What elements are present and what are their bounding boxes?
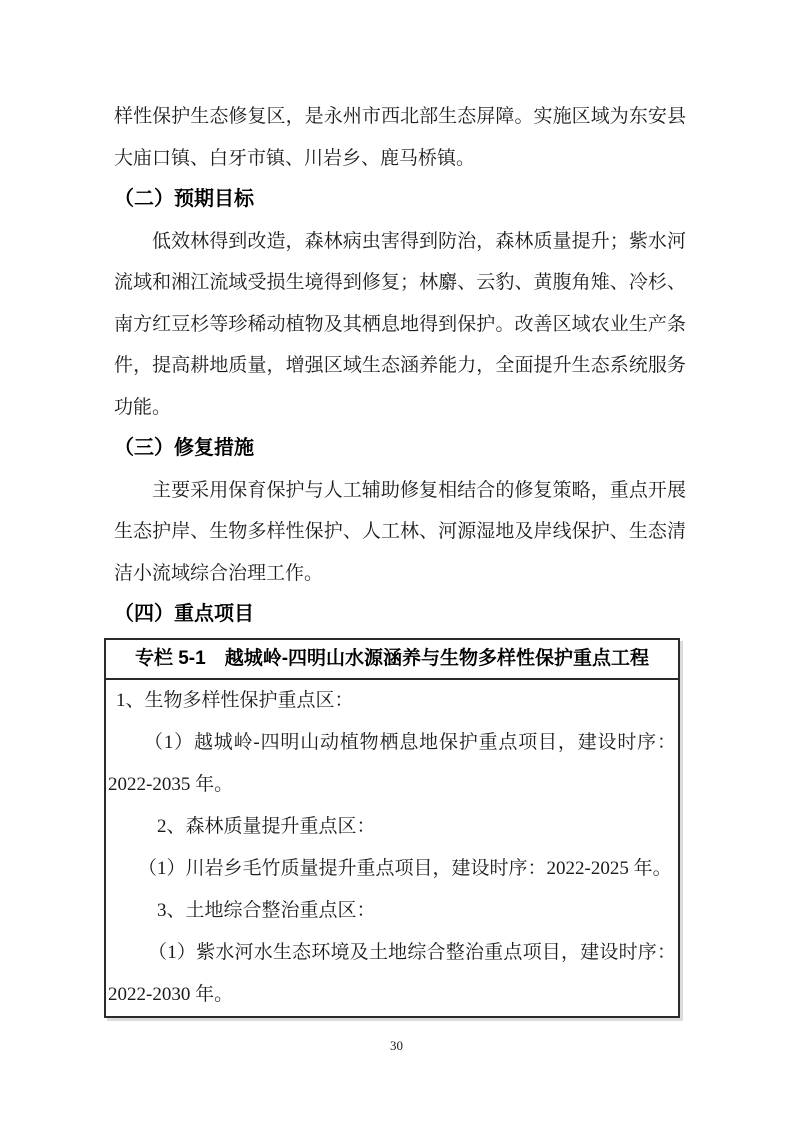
box-item-land-remediation-zone: 3、土地综合整治重点区：: [108, 890, 676, 932]
box-body: 1、生物多样性保护重点区： （1）越城岭-四明山动植物栖息地保护重点项目，建设时…: [106, 680, 678, 1016]
document-page: 样性保护生态修复区，是永州市西北部生态屏障。实施区域为东安县大庙口镇、白牙市镇、…: [0, 0, 793, 1122]
box-item-biodiversity-zone: 1、生物多样性保护重点区：: [108, 680, 676, 722]
paragraph-restoration-measures: 主要采用保育保护与人工辅助修复相结合的修复策略，重点开展生态护岸、生物多样性保护…: [114, 470, 686, 595]
paragraph-region-continuation: 样性保护生态修复区，是永州市西北部生态屏障。实施区域为东安县大庙口镇、白牙市镇、…: [114, 96, 686, 179]
box-title: 专栏 5-1 越城岭-四明山水源涵养与生物多样性保护重点工程: [106, 640, 678, 680]
heading-expected-goals: （二）预期目标: [114, 179, 686, 221]
box-item-biodiversity-project: （1）越城岭-四明山动植物栖息地保护重点项目，建设时序：2022-2035 年。: [108, 722, 676, 806]
heading-key-projects: （四）重点项目: [114, 594, 686, 636]
box-item-land-remediation-project: （1）紫水河水生态环境及土地综合整治重点项目，建设时序：2022-2030 年。: [108, 932, 676, 1016]
heading-restoration-measures: （三）修复措施: [114, 428, 686, 470]
box-item-forest-quality-zone: 2、森林质量提升重点区：: [108, 806, 676, 848]
key-projects-box: 专栏 5-1 越城岭-四明山水源涵养与生物多样性保护重点工程 1、生物多样性保护…: [104, 638, 680, 1018]
page-number: 30: [0, 1038, 793, 1054]
box-item-forest-quality-project: （1）川岩乡毛竹质量提升重点项目，建设时序：2022-2025 年。: [108, 848, 676, 890]
page-content: 样性保护生态修复区，是永州市西北部生态屏障。实施区域为东安县大庙口镇、白牙市镇、…: [114, 96, 686, 1018]
paragraph-expected-goals: 低效林得到改造，森林病虫害得到防治，森林质量提升；紫水河流域和湘江流域受损生境得…: [114, 221, 686, 429]
